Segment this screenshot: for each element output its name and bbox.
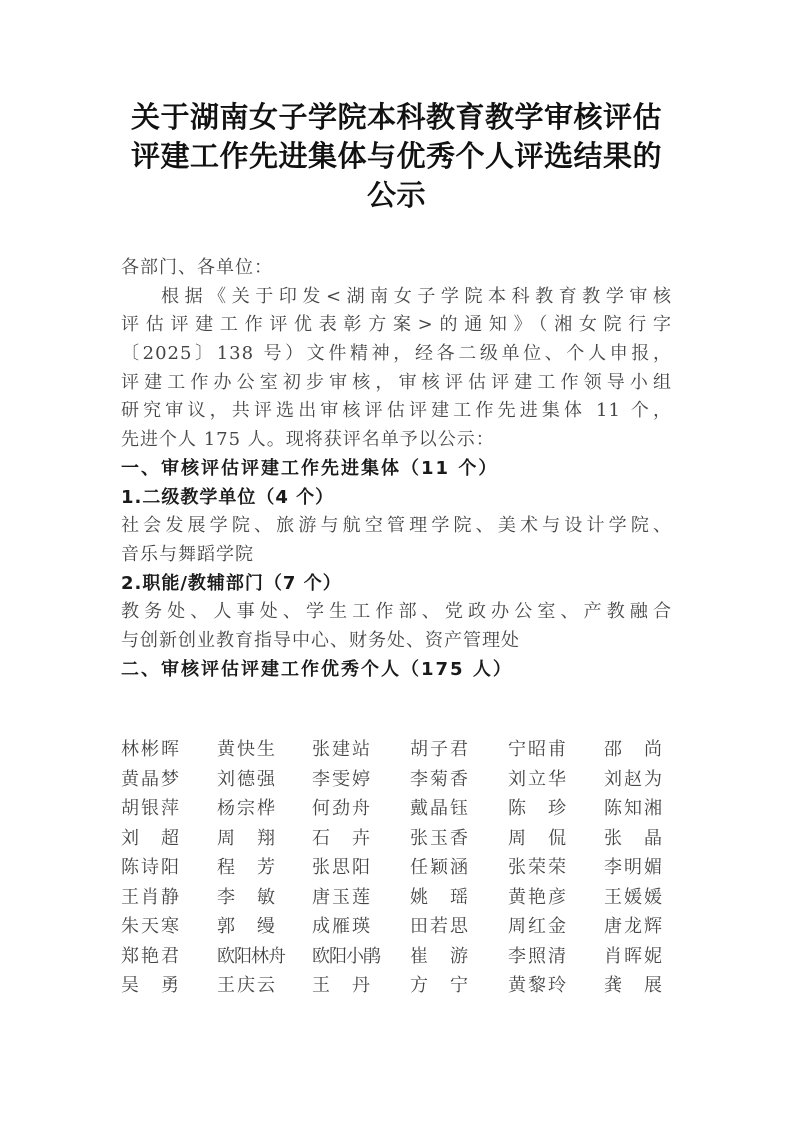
honoree-name: 石卉	[312, 824, 370, 854]
honoree-name: 陈知湘	[604, 794, 662, 824]
honoree-name: 李明媚	[604, 853, 662, 883]
document-title: 关于湖南女子学院本科教育教学审核评估 评建工作先进集体与优秀个人评选结果的 公示	[100, 98, 693, 215]
name-row: 胡银萍杨宗桦何劲舟戴晶钰陈珍陈知湘	[121, 794, 681, 824]
honoree-name: 胡子君	[410, 735, 468, 765]
honoree-name: 李照清	[508, 942, 566, 972]
honoree-name: 郭缦	[217, 912, 275, 942]
honoree-name: 任颖涵	[410, 853, 468, 883]
honoree-name: 杨宗桦	[217, 794, 275, 824]
name-row: 朱天寒郭缦成雁瑛田若思周红金唐龙辉	[121, 912, 681, 942]
honoree-name: 张荣荣	[508, 853, 566, 883]
subsection-1-heading: 1.二级教学单位（4 个）	[121, 484, 672, 513]
honoree-name: 何劲舟	[312, 794, 370, 824]
honoree-name: 肖晖妮	[604, 942, 662, 972]
subsection-1-line-2: 音乐与舞蹈学院	[121, 541, 672, 570]
honoree-name: 朱天寒	[121, 912, 179, 942]
subsection-2-line-2: 与创新创业教育指导中心、财务处、资产管理处	[121, 627, 672, 656]
salutation: 各部门、各单位：	[121, 254, 672, 283]
honoree-name: 唐龙辉	[604, 912, 662, 942]
honoree-name: 张玉香	[410, 824, 468, 854]
honoree-name: 方宁	[410, 971, 468, 1001]
title-line-2: 评建工作先进集体与优秀个人评选结果的	[100, 137, 693, 176]
honoree-name: 郑艳君	[121, 942, 179, 972]
honoree-name: 邵尚	[604, 735, 662, 765]
honoree-name: 姚瑶	[410, 883, 468, 913]
section-2-heading: 二、审核评估评建工作优秀个人（175 人）	[121, 656, 672, 685]
name-row: 王肖静李敏唐玉莲姚瑶黄艳彦王媛媛	[121, 883, 681, 913]
name-row: 郑艳君欧阳林舟欧阳小鹃崔游李照清肖晖妮	[121, 942, 681, 972]
honoree-name: 李菊香	[410, 765, 468, 795]
title-line-1: 关于湖南女子学院本科教育教学审核评估	[100, 98, 693, 137]
honoree-name: 黄艳彦	[508, 883, 566, 913]
honoree-name: 吴勇	[121, 971, 179, 1001]
honoree-name: 林彬晖	[121, 735, 179, 765]
name-row: 林彬晖黄快生张建站胡子君宁昭甫邵尚	[121, 735, 681, 765]
honoree-name: 王丹	[312, 971, 370, 1001]
honoree-name: 陈诗阳	[121, 853, 179, 883]
honoree-name: 王庆云	[217, 971, 275, 1001]
honoree-name: 王肖静	[121, 883, 179, 913]
honoree-name: 张思阳	[312, 853, 370, 883]
honoree-name: 周翔	[217, 824, 275, 854]
honoree-name: 刘超	[121, 824, 179, 854]
intro-line-3: 〔2025〕138 号）文件精神，经各二级单位、个人申报，	[121, 340, 672, 369]
intro-line-5: 研究审议，共评选出审核评估评建工作先进集体 11 个，	[121, 397, 672, 426]
honoree-name: 张晶	[604, 824, 662, 854]
intro-line-4: 评建工作办公室初步审核，审核评估评建工作领导小组	[121, 369, 672, 398]
document-page: 关于湖南女子学院本科教育教学审核评估 评建工作先进集体与优秀个人评选结果的 公示…	[0, 0, 793, 1122]
section-1-heading: 一、审核评估评建工作先进集体（11 个）	[121, 455, 672, 484]
subsection-2-heading: 2.职能/教辅部门（7 个）	[121, 570, 672, 599]
honoree-name: 周侃	[508, 824, 566, 854]
honoree-name: 张建站	[312, 735, 370, 765]
honoree-name: 欧阳小鹃	[312, 942, 376, 972]
honoree-name: 成雁瑛	[312, 912, 370, 942]
name-row: 刘超周翔石卉张玉香周侃张晶	[121, 824, 681, 854]
name-row: 吴勇王庆云王丹方宁黄黎玲龚展	[121, 971, 681, 1001]
honoree-name: 黄黎玲	[508, 971, 566, 1001]
honoree-name: 周红金	[508, 912, 566, 942]
honoree-name: 田若思	[410, 912, 468, 942]
honoree-name: 黄晶梦	[121, 765, 179, 795]
honoree-name: 唐玉莲	[312, 883, 370, 913]
honoree-name: 程芳	[217, 853, 275, 883]
honoree-name: 王媛媛	[604, 883, 662, 913]
honoree-name: 黄快生	[217, 735, 275, 765]
honoree-name: 李敏	[217, 883, 275, 913]
honoree-name: 崔游	[410, 942, 468, 972]
honoree-name: 胡银萍	[121, 794, 179, 824]
name-row: 黄晶梦刘德强李雯婷李菊香刘立华刘赵为	[121, 765, 681, 795]
intro-line-2: 评估评建工作评优表彰方案>的通知》（湘女院行字	[121, 311, 672, 340]
name-row: 陈诗阳程芳张思阳任颖涵张荣荣李明媚	[121, 853, 681, 883]
honoree-name: 欧阳林舟	[217, 942, 281, 972]
title-line-3: 公示	[100, 176, 693, 215]
honoree-name: 刘立华	[508, 765, 566, 795]
honoree-name: 刘赵为	[604, 765, 662, 795]
honoree-name-grid: 林彬晖黄快生张建站胡子君宁昭甫邵尚黄晶梦刘德强李雯婷李菊香刘立华刘赵为胡银萍杨宗…	[121, 735, 681, 1001]
honoree-name: 戴晶钰	[410, 794, 468, 824]
honoree-name: 李雯婷	[312, 765, 370, 795]
honoree-name: 龚展	[604, 971, 662, 1001]
document-body: 各部门、各单位： 根据《关于印发<湖南女子学院本科教育教学审核 评估评建工作评优…	[121, 254, 672, 684]
honoree-name: 宁昭甫	[508, 735, 566, 765]
honoree-name: 陈珍	[508, 794, 566, 824]
honoree-name: 刘德强	[217, 765, 275, 795]
subsection-1-line-1: 社会发展学院、旅游与航空管理学院、美术与设计学院、	[121, 512, 672, 541]
subsection-2-line-1: 教务处、人事处、学生工作部、党政办公室、产教融合	[121, 598, 672, 627]
intro-line-1: 根据《关于印发<湖南女子学院本科教育教学审核	[121, 283, 672, 312]
intro-line-6: 先进个人 175 人。现将获评名单予以公示：	[121, 426, 672, 455]
